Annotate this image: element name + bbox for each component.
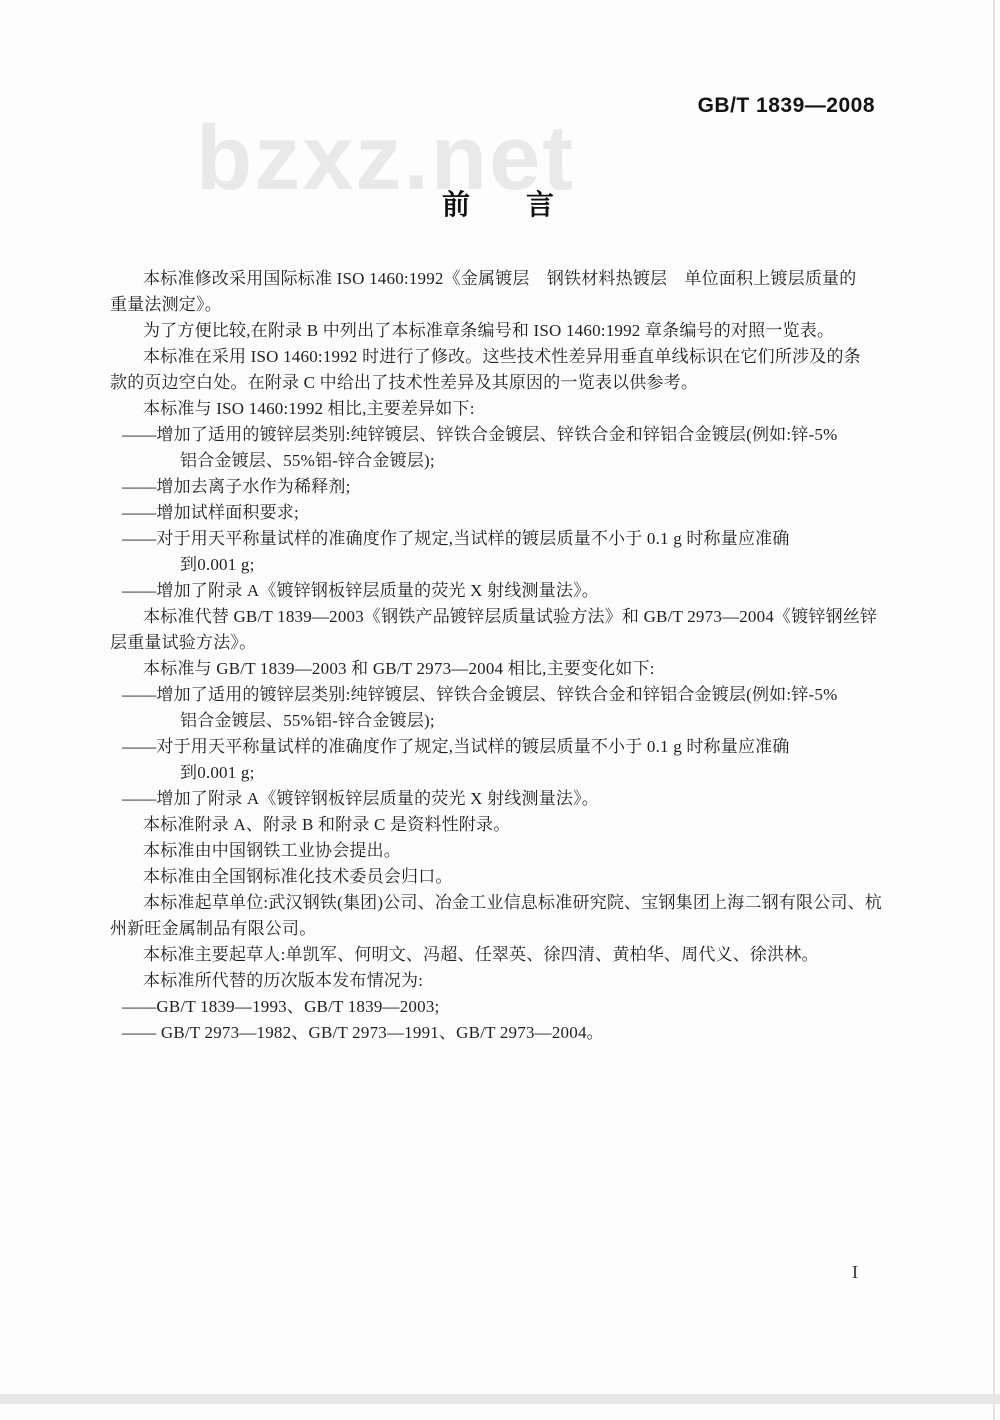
text-line: ——增加试样面积要求; <box>110 500 900 526</box>
scan-artifact-bottom-band <box>0 1394 1000 1404</box>
text-line: ——增加了附录 A《镀锌钢板锌层质量的荧光 X 射线测量法》。 <box>110 578 900 604</box>
text-line: 铝合金镀层、55%铝-锌合金镀层); <box>110 448 900 474</box>
text-line: ——对于用天平称量试样的准确度作了规定,当试样的镀层质量不小于 0.1 g 时称… <box>110 734 900 760</box>
scan-artifact-right-edge <box>993 0 995 1420</box>
text-line: 州新旺金属制品有限公司。 <box>110 916 900 942</box>
text-line: 到0.001 g; <box>110 760 900 786</box>
text-line: 本标准与 GB/T 1839—2003 和 GB/T 2973—2004 相比,… <box>110 656 900 682</box>
text-line: ——GB/T 1839—1993、GB/T 1839—2003; <box>110 994 900 1020</box>
page-title: 前 言 <box>442 183 554 223</box>
page-number: I <box>852 1262 858 1283</box>
standard-code-header: GB/T 1839—2008 <box>698 94 875 118</box>
text-line: 本标准修改采用国际标准 ISO 1460:1992《金属镀层 钢铁材料热镀层 单… <box>110 266 900 292</box>
text-line: ——增加了适用的镀锌层类别:纯锌镀层、锌铁合金镀层、锌铁合金和锌铝合金镀层(例如… <box>110 422 900 448</box>
text-line: 本标准与 ISO 1460:1992 相比,主要差异如下: <box>110 396 900 422</box>
text-line: ——增加了附录 A《镀锌钢板锌层质量的荧光 X 射线测量法》。 <box>110 786 900 812</box>
text-line: 为了方便比较,在附录 B 中列出了本标准章条编号和 ISO 1460:1992 … <box>110 318 900 344</box>
text-line: 本标准代替 GB/T 1839—2003《钢铁产品镀锌层质量试验方法》和 GB/… <box>110 604 900 630</box>
text-line: 到0.001 g; <box>110 552 900 578</box>
text-line: 款的页边空白处。在附录 C 中给出了技术性差异及其原因的一览表以供参考。 <box>110 370 900 396</box>
text-line: ——增加了适用的镀锌层类别:纯锌镀层、锌铁合金镀层、锌铁合金和锌铝合金镀层(例如… <box>110 682 900 708</box>
document-page: bzxz.net GB/T 1839—2008 前 言 本标准修改采用国际标准 … <box>0 0 1000 1420</box>
text-line: ——对于用天平称量试样的准确度作了规定,当试样的镀层质量不小于 0.1 g 时称… <box>110 526 900 552</box>
text-line: 本标准在采用 ISO 1460:1992 时进行了修改。这些技术性差异用垂直单线… <box>110 344 900 370</box>
text-line: 本标准附录 A、附录 B 和附录 C 是资料性附录。 <box>110 812 900 838</box>
text-line: 铝合金镀层、55%铝-锌合金镀层); <box>110 708 900 734</box>
text-line: 重量法测定》。 <box>110 292 900 318</box>
text-line: 本标准所代替的历次版本发布情况为: <box>110 968 900 994</box>
text-line: —— GB/T 2973—1982、GB/T 2973—1991、GB/T 29… <box>110 1020 900 1046</box>
text-line: ——增加去离子水作为稀释剂; <box>110 474 900 500</box>
text-line: 本标准起草单位:武汉钢铁(集团)公司、冶金工业信息标准研究院、宝钢集团上海二钢有… <box>110 890 900 916</box>
foreword-body: 本标准修改采用国际标准 ISO 1460:1992《金属镀层 钢铁材料热镀层 单… <box>110 266 900 1046</box>
text-line: 层重量试验方法》。 <box>110 630 900 656</box>
text-line: 本标准由全国钢标准化技术委员会归口。 <box>110 864 900 890</box>
text-line: 本标准由中国钢铁工业协会提出。 <box>110 838 900 864</box>
text-line: 本标准主要起草人:单凯军、何明文、冯超、任翠英、徐四清、黄柏华、周代义、徐洪林。 <box>110 942 900 968</box>
